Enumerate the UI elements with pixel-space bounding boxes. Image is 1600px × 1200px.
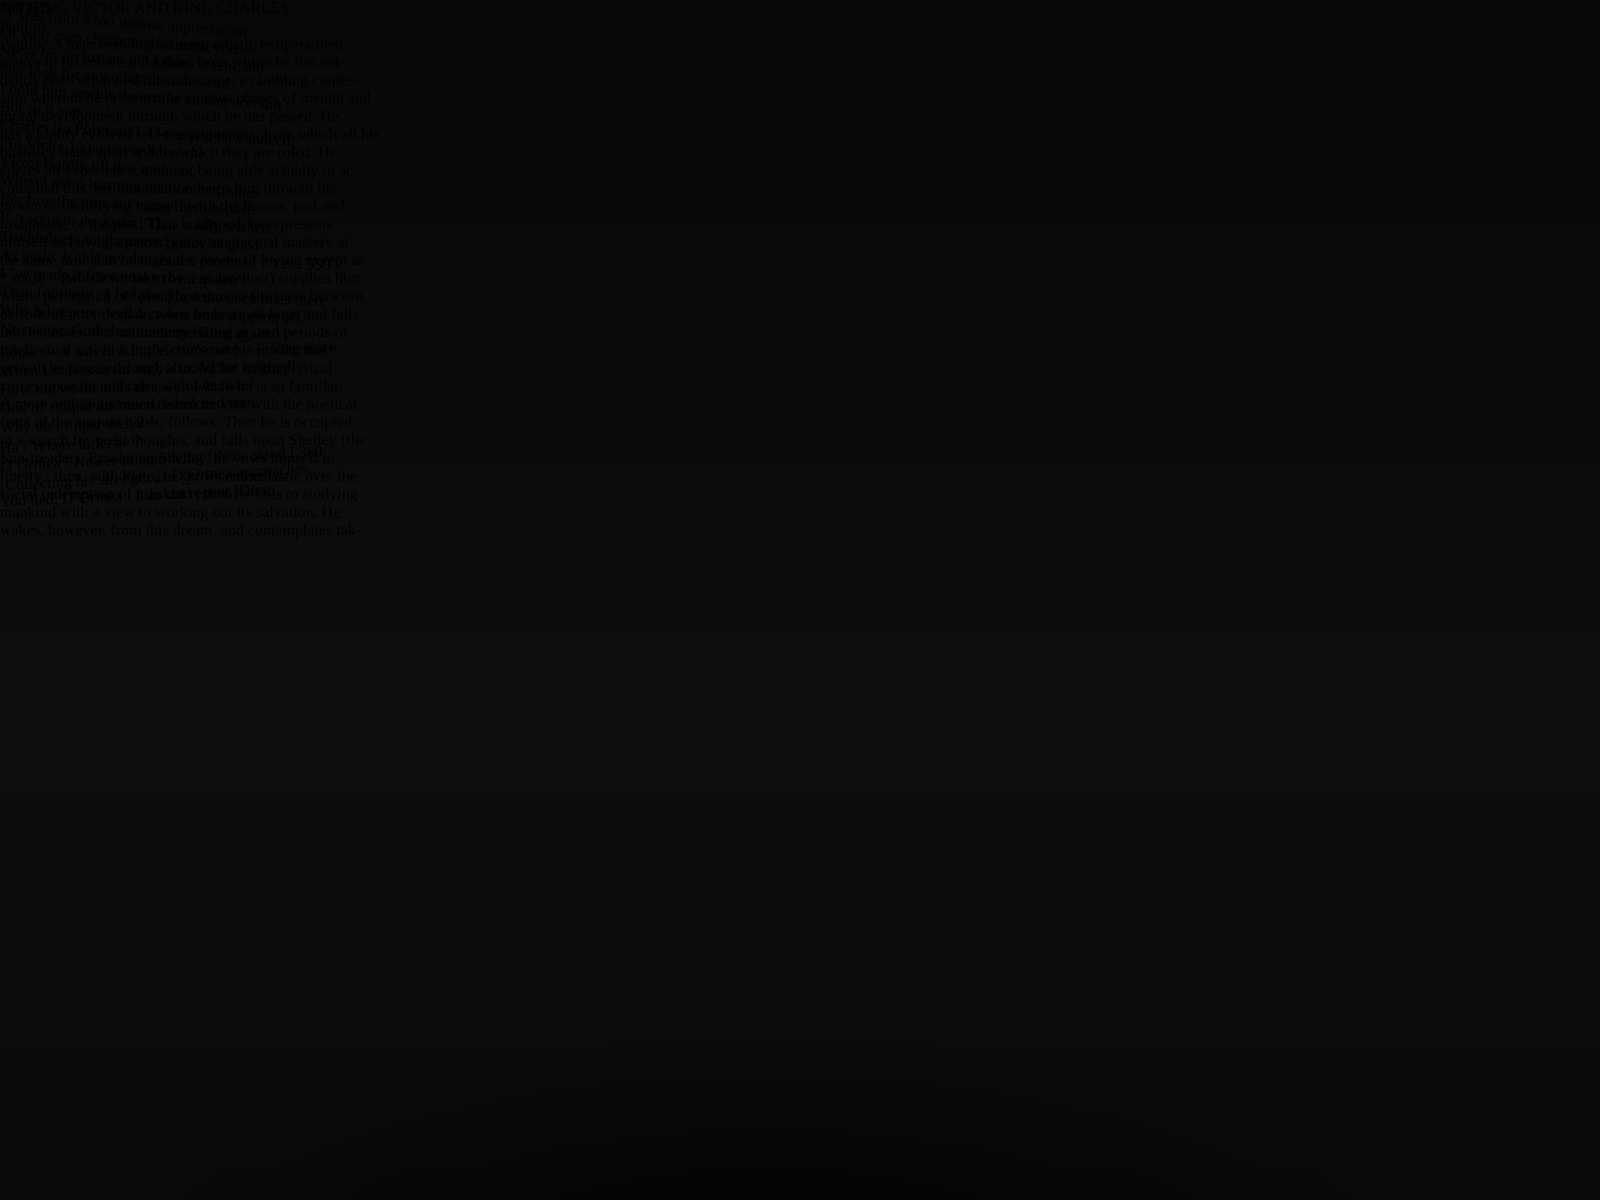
- note-line: Pauline.A man with high-strung, artistic…: [0, 36, 380, 54]
- note-line: power of identifying himself with the he…: [0, 198, 380, 216]
- note-lead-word: Pauline.: [0, 36, 52, 53]
- note-line: has a highly evolved self-consciousness,…: [0, 126, 380, 144]
- note-line: the same time that he loses the power of…: [0, 252, 380, 270]
- note-line: feats of the ancient bards, follows. The…: [0, 414, 380, 432]
- note-line: himself as having attained great intelle…: [0, 234, 380, 252]
- note-line: craves all experience, and, not being ab…: [0, 162, 380, 180]
- note-line: with a perception of love. He seems to f…: [0, 288, 380, 306]
- note-line: makes to his mistress Pauline, from whom…: [0, 54, 380, 72]
- note-line: wakes, however, from this dream, and con…: [0, 522, 380, 540]
- note-line: moral development through which he has p…: [0, 108, 380, 126]
- note-line: mankind with a view to working out its s…: [0, 504, 380, 522]
- note-line: Sun-treader). Emulating Shelley, he vows…: [0, 450, 380, 468]
- note-line: periods of utter despair, when he loses …: [0, 306, 380, 324]
- note-line: into excesses of a nature only hinted at…: [0, 324, 380, 342]
- notes-title: NOTES.: [0, 0, 380, 18]
- note-line: A more ambitious mood, when he vies with…: [0, 396, 380, 414]
- note-line: verses upon the old tales with which he …: [0, 378, 380, 396]
- note-line: intellectual activity. In the course of …: [0, 342, 380, 360]
- note-line: complish this, his imagination helps him…: [0, 180, 380, 198]
- note-line: liberty ; then, with Plato, he grows ent…: [0, 468, 380, 486]
- note-line: imaginary, of the past. Thus equipped, h…: [0, 216, 380, 234]
- note-line: social redemption of mankind ; then he f…: [0, 486, 380, 504]
- note-lines: Pauline.A man with high-strung, artistic…: [0, 36, 380, 540]
- note-line: qualities stand apart and by which they …: [0, 144, 380, 162]
- note-line: sion wherein he presents the various pha…: [0, 90, 380, 108]
- section-heading: Pauline.: [0, 18, 380, 36]
- note-line: dently been separated for some time, a r…: [0, 72, 380, 90]
- right-page-text: NOTES. Pauline. Pauline.A man with high-…: [0, 0, 380, 540]
- note-line: “ sense ” (which we take to mean intelle…: [0, 270, 380, 288]
- note-line: growth he passes through a mood for writ…: [0, 360, 380, 378]
- note-line: in a search for great thoughts, and fall…: [0, 432, 380, 450]
